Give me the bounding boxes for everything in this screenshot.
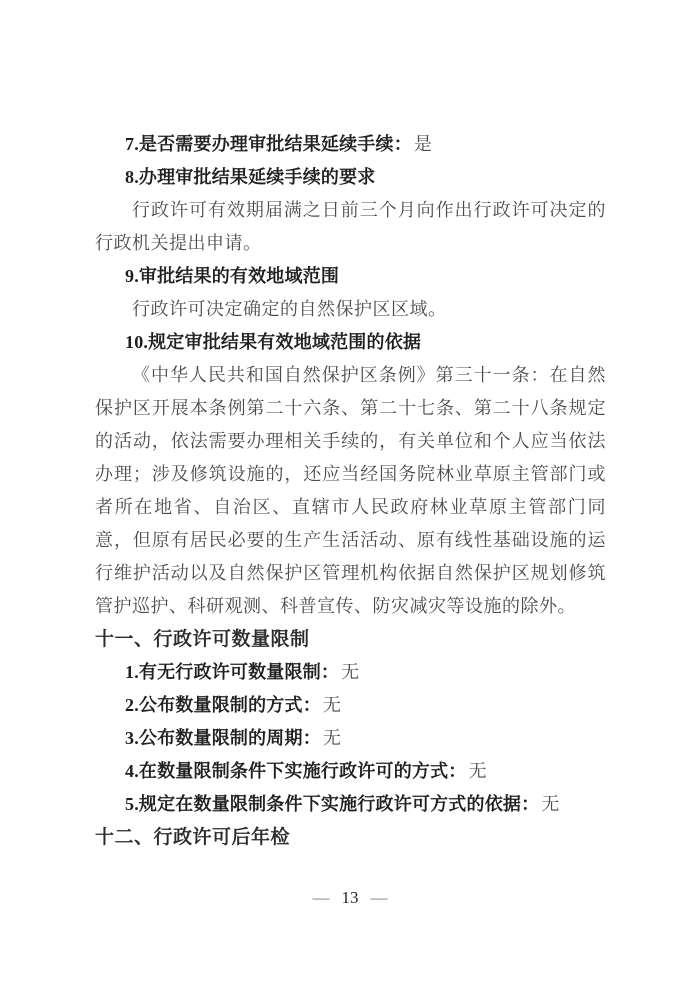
section-11-heading: 十一、行政许可数量限制 xyxy=(95,623,606,656)
document-body: 7.是否需要办理审批结果延续手续：是 8.办理审批结果延续手续的要求 行政许可有… xyxy=(95,128,606,854)
heading-valid-region-label: 9.审批结果的有效地域范围 xyxy=(125,266,339,286)
heading-region-basis-label: 10.规定审批结果有效地域范围的依据 xyxy=(125,332,421,352)
heading-valid-region: 9.审批结果的有效地域范围 xyxy=(95,260,606,293)
para-region-basis: 《中华人民共和国自然保护区条例》第三十一条：在自然保护区开展本条例第二十六条、第… xyxy=(95,359,606,623)
field-publish-cycle: 3.公布数量限制的周期：无 xyxy=(95,722,606,755)
field-renewal-needed: 7.是否需要办理审批结果延续手续：是 xyxy=(95,128,606,161)
document-page: 7.是否需要办理审批结果延续手续：是 8.办理审批结果延续手续的要求 行政许可有… xyxy=(0,0,700,989)
field-publish-method-value: 无 xyxy=(323,695,342,715)
field-renewal-needed-value: 是 xyxy=(414,134,433,154)
heading-renewal-requirement-label: 8.办理审批结果延续手续的要求 xyxy=(125,167,376,187)
field-quantity-limit-value: 无 xyxy=(341,662,360,682)
page-number: 13 xyxy=(342,888,359,907)
field-implement-method: 4.在数量限制条件下实施行政许可的方式：无 xyxy=(95,755,606,788)
section-12-heading: 十二、行政许可后年检 xyxy=(95,821,606,854)
field-quantity-limit-label: 1.有无行政许可数量限制： xyxy=(125,662,339,682)
field-quantity-limit: 1.有无行政许可数量限制：无 xyxy=(95,656,606,689)
footer-left-dash: — xyxy=(313,888,330,907)
page-footer: —13— xyxy=(0,886,700,910)
field-implement-basis-label: 5.规定在数量限制条件下实施行政许可方式的依据： xyxy=(125,794,539,814)
field-implement-basis-value: 无 xyxy=(541,794,560,814)
field-publish-cycle-label: 3.公布数量限制的周期： xyxy=(125,728,321,748)
field-publish-method: 2.公布数量限制的方式：无 xyxy=(95,689,606,722)
para-valid-region: 行政许可决定确定的自然保护区区域。 xyxy=(95,293,606,326)
field-implement-method-value: 无 xyxy=(469,761,488,781)
field-implement-method-label: 4.在数量限制条件下实施行政许可的方式： xyxy=(125,761,467,781)
field-implement-basis: 5.规定在数量限制条件下实施行政许可方式的依据：无 xyxy=(95,788,606,821)
field-publish-method-label: 2.公布数量限制的方式： xyxy=(125,695,321,715)
field-publish-cycle-value: 无 xyxy=(323,728,342,748)
para-renewal-requirement: 行政许可有效期届满之日前三个月向作出行政许可决定的行政机关提出申请。 xyxy=(95,194,606,260)
field-renewal-needed-label: 7.是否需要办理审批结果延续手续： xyxy=(125,134,412,154)
heading-region-basis: 10.规定审批结果有效地域范围的依据 xyxy=(95,326,606,359)
footer-right-dash: — xyxy=(371,888,388,907)
heading-renewal-requirement: 8.办理审批结果延续手续的要求 xyxy=(95,161,606,194)
